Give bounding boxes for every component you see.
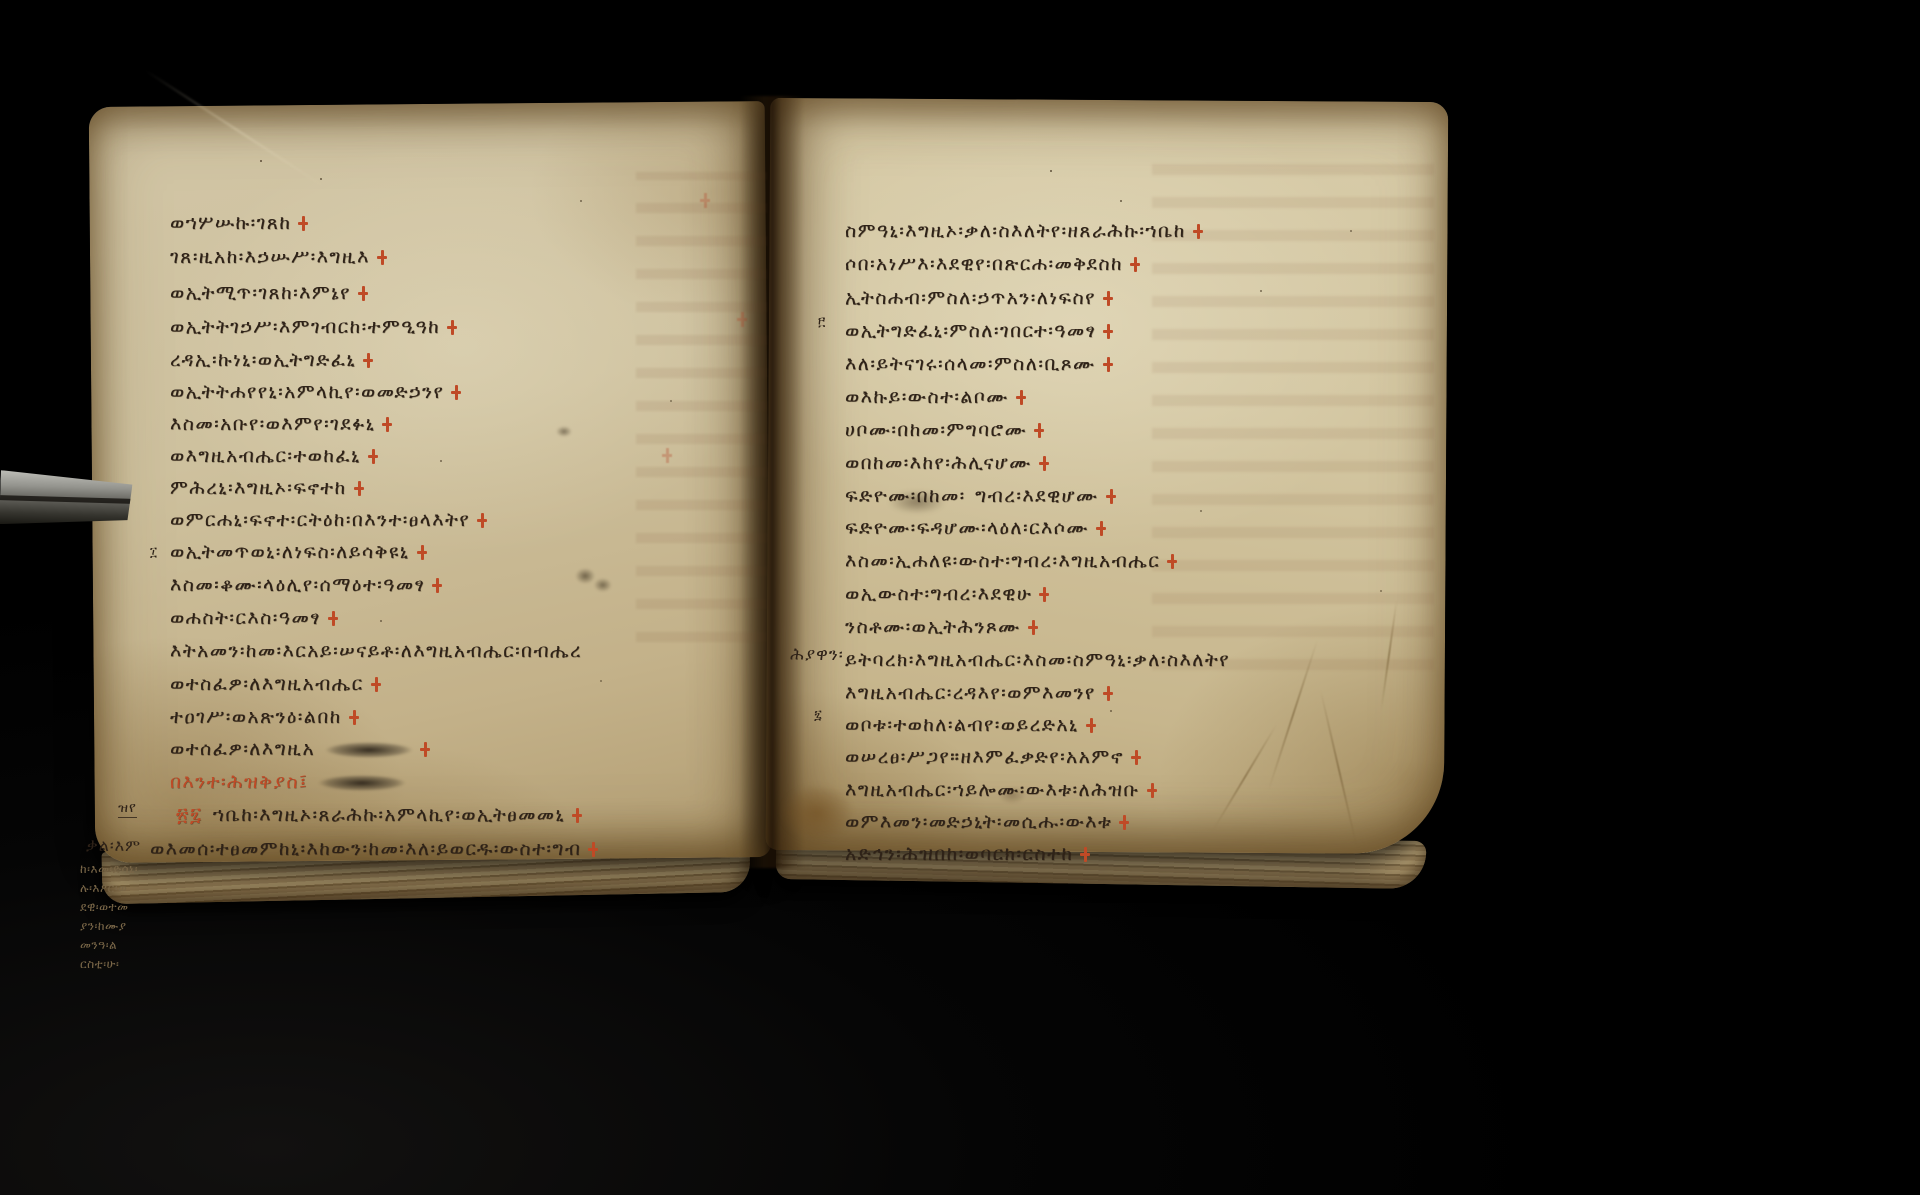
manuscript-text-line: ወተስፈዎ፡ለእግዚአብሔር xyxy=(170,673,381,697)
open-book: ወኀሦሡኩ፡ገጸከገጸ፡ዚአከ፡እኃሡሥ፡እግዚእወኢትሚጥ፡ገጸከ፡እምኔየወ… xyxy=(0,0,1920,1195)
marginal-note: ፯ xyxy=(814,708,823,723)
geez-text: ወኢትትሐየየኒ፡አምላኪየ፡ወመድኃንየ xyxy=(170,381,444,403)
geez-text: ወሐስት፡ርእስ፡ዓመፃ xyxy=(170,607,321,629)
geez-text: እስመ፡ቆሙ፡ላዕሊየ፡ሰማዕተ፡ዓመፃ xyxy=(170,574,425,596)
red-cross-punctuation-icon xyxy=(363,353,373,368)
manuscript-text-line: እስመ፡ቆሙ፡ላዕሊየ፡ሰማዕተ፡ዓመፃ xyxy=(170,574,442,598)
red-cross-punctuation-icon xyxy=(328,611,338,626)
manuscript-text-line: እግዚአብሔር፡ረዳእየ፡ወምእመንየ xyxy=(845,682,1113,706)
manuscript-text-line: ፍድዮሙ፡ፍዳሆሙ፡ላዕለ፡ርእሶሙ xyxy=(845,517,1106,541)
manuscript-text-line: ወሠረፀ፡ሥጋየ።ዘእምፈቃድየ፡አአምኖ xyxy=(845,746,1141,770)
manuscript-text-line: ወምርሐኒ፡ፍኖተ፡ርትዕከ፡በእንተ፡ፀላእትየ xyxy=(170,509,487,533)
red-cross-punctuation-icon xyxy=(1080,847,1090,862)
geez-text: ምሕረኒ፡እግዚኦ፡ፍኖተከ xyxy=(170,477,347,499)
manuscript-text-line: ስምዓኒ፡እግዚኦ፡ቃለ፡ስእለትየ፡ዘጸራሕኩ፡ኀቤከ xyxy=(845,220,1203,244)
geez-text: ይትባረክ፡እግዚአብሔር፡እስመ፡ስምዓኒ፡ቃለ፡ስእለትየ xyxy=(845,649,1230,671)
marginal-note: ፲ xyxy=(150,545,158,560)
geez-text: ወተሰፈዎ፡ለእግዚአ xyxy=(170,738,315,760)
geez-text: ወኢትትገኃሥ፡እምገብርከ፡ተምዒዓከ xyxy=(170,316,440,338)
geez-text: ወሠረፀ፡ሥጋየ።ዘእምፈቃድየ፡አአምኖ xyxy=(845,746,1124,768)
manuscript-text-line: ሀቦሙ፡በከመ፡ምግባሮሙ xyxy=(845,419,1044,443)
manuscript-text-line: ፍድዮሙ፡በከመ፡ ግብረ፡እደዊሆሙ xyxy=(845,485,1116,509)
red-cross-punctuation-icon xyxy=(1039,587,1049,602)
right-page-parchment xyxy=(766,98,1449,854)
manuscript-text-line: ወኢትትሐየየኒ፡አምላኪየ፡ወመድኃንየ xyxy=(170,381,461,405)
manuscript-text-line: ገጸ፡ዚአከ፡እኃሡሥ፡እግዚእ xyxy=(170,246,387,270)
red-cross-punctuation-icon xyxy=(1106,489,1116,504)
geez-text: ወኢትሚጥ፡ገጸከ፡እምኔየ xyxy=(170,282,351,304)
red-cross-punctuation-icon xyxy=(1016,390,1026,405)
manuscript-text-line: ይትባረክ፡እግዚአብሔር፡እስመ፡ስምዓኒ፡ቃለ፡ስእለትየ xyxy=(845,649,1230,673)
margin-gloss-line: ከ፡እመ፡ድሳኒ፡ xyxy=(80,862,138,877)
red-cross-punctuation-icon xyxy=(1096,521,1106,536)
margin-gloss-line: ደዊ፡ወተመ xyxy=(80,900,129,915)
geez-text: በእንተ፡ሕዝቅያስ፤ xyxy=(170,771,308,793)
geez-text: ሀቦሙ፡በከመ፡ምግባሮሙ xyxy=(845,419,1027,441)
manuscript-text-line: እግዚአብሔር፡ኀይሎሙ፡ውእቱ፡ለሕዝቡ xyxy=(845,779,1157,803)
geez-text: ኢትስሐብ፡ምስለ፡ኃጥአን፡ለነፍስየ xyxy=(845,287,1096,309)
red-cross-punctuation-icon xyxy=(447,320,457,335)
geez-text: እትአመን፡ከመ፡እርአይ፡ሠናይቶ፡ለእግዚአብሔር፡በብሔረ xyxy=(170,640,582,662)
geez-text: እግዚአብሔር፡ረዳእየ፡ወምእመንየ xyxy=(845,682,1096,704)
red-cross-punctuation-icon xyxy=(1167,554,1177,569)
ink-smudge xyxy=(325,742,413,758)
manuscript-text-line: ወእመሰ፡ተፀመምከኒ፡እከውን፡ከመ፡እለ፡ይወርዱ፡ውስተ፡ግብ xyxy=(150,838,598,862)
manuscript-text-line: ወኢትመጥወኒ፡ለነፍስ፡ለይሳቅዩኒ xyxy=(170,541,427,565)
red-cross-punctuation-icon xyxy=(1103,324,1113,339)
red-cross-punctuation-icon xyxy=(1028,620,1038,635)
geez-text: ስምዓኒ፡እግዚኦ፡ቃለ፡ስእለትየ፡ዘጸራሕኩ፡ኀቤከ xyxy=(845,220,1186,242)
red-cross-punctuation-icon xyxy=(432,578,442,593)
manuscript-text-line: ፳፯ኀቤከ፡እግዚኦ፡ጸራሕኩ፡አምላኪየ፡ወኢትፀመመኒ xyxy=(176,804,582,828)
psalm-number-red: ፳፯ xyxy=(176,804,203,826)
red-cross-punctuation-icon xyxy=(354,481,364,496)
red-cross-punctuation-icon xyxy=(477,513,487,528)
red-cross-punctuation-icon xyxy=(1147,783,1157,798)
geez-text: ፍድዮሙ፡ፍዳሆሙ፡ላዕለ፡ርእሶሙ xyxy=(845,517,1089,539)
manuscript-text-line: ሶበ፡አነሥእ፡እደዊየ፡በጽርሐ፡መቅደስከ xyxy=(845,253,1140,277)
manuscript-text-line: ወቦቱ፡ተወከለ፡ልብየ፡ወይረድአኒ xyxy=(845,714,1096,738)
ink-smudge xyxy=(318,775,406,791)
manuscript-text-line: ተዐገሥ፡ወአጽንዕ፡ልበከ xyxy=(170,706,359,730)
manuscript-text-line: ወኢትትገኃሥ፡እምገብርከ፡ተምዒዓከ xyxy=(170,316,457,340)
manuscript-text-line: ወሐስት፡ርእስ፡ዓመፃ xyxy=(170,607,338,631)
red-cross-punctuation-icon xyxy=(298,216,308,231)
geez-text: ወኢትመጥወኒ፡ለነፍስ፡ለይሳቅዩኒ xyxy=(170,541,410,563)
geez-text: ወእመሰ፡ተፀመምከኒ፡እከውን፡ከመ፡እለ፡ይወርዱ፡ውስተ፡ግብ xyxy=(150,838,581,860)
geez-text: እስመ፡ኢሐለዩ፡ውስተ፡ግብረ፡እግዚአብሔር xyxy=(845,550,1160,572)
red-cross-punctuation-icon xyxy=(1193,224,1203,239)
geez-text: ወቦቱ፡ተወከለ፡ልብየ፡ወይረድአኒ xyxy=(845,714,1079,736)
geez-text: ወኢትግድፈኒ፡ምስለ፡ገበርተ፡ዓመፃ xyxy=(845,320,1096,342)
red-cross-punctuation-icon xyxy=(420,742,430,757)
manuscript-text-line: ንስቶሙ፡ወኢትሕንጾሙ xyxy=(845,616,1038,640)
red-cross-punctuation-icon xyxy=(1103,291,1113,306)
geez-text: ወበከመ፡እከየ፡ሕሊናሆሙ xyxy=(845,452,1032,474)
red-cross-punctuation-icon xyxy=(588,842,598,857)
red-cross-punctuation-icon xyxy=(1103,686,1113,701)
red-cross-punctuation-icon xyxy=(377,250,387,265)
manuscript-text-line: በእንተ፡ሕዝቅያስ፤ xyxy=(170,771,406,795)
geez-text: ወኀሦሡኩ፡ገጸከ xyxy=(170,212,291,234)
geez-text: እስመ፡አቡየ፡ወእምየ፡ገደፉኒ xyxy=(170,413,375,435)
manuscript-text-line: እስመ፡አቡየ፡ወእምየ፡ገደፉኒ xyxy=(170,413,392,437)
manuscript-text-line: እለ፡ይትናገሩ፡ሰላመ፡ምስለ፡ቢጾሙ xyxy=(845,353,1113,377)
margin-gloss-line: ሉ፡እዖር፡ወ xyxy=(80,881,127,896)
manuscript-text-line: ረዳኢ፡ኩነኒ፡ወኢትግድፈኒ xyxy=(170,349,373,373)
geez-text: ወምርሐኒ፡ፍኖተ፡ርትዕከ፡በእንተ፡ፀላእትየ xyxy=(170,509,470,531)
red-cross-punctuation-icon xyxy=(349,710,359,725)
red-cross-punctuation-icon xyxy=(1086,718,1096,733)
geez-text: ወኢውስተ፡ግብረ፡እደዊሁ xyxy=(845,583,1032,605)
manuscript-text-line: ምሕረኒ፡እግዚኦ፡ፍኖተከ xyxy=(170,477,364,501)
red-cross-punctuation-icon xyxy=(572,808,582,823)
geez-text: ፍድዮሙ፡በከመ፡ ግብረ፡እደዊሆሙ xyxy=(845,485,1099,507)
manuscript-text-line: እስመ፡ኢሐለዩ፡ውስተ፡ግብረ፡እግዚአብሔር xyxy=(845,550,1177,574)
marginal-note: ዝየ xyxy=(118,800,137,818)
geez-text: ረዳኢ፡ኩነኒ፡ወኢትግድፈኒ xyxy=(170,349,356,371)
geez-text: እግዚአብሔር፡ኀይሎሙ፡ውእቱ፡ለሕዝቡ xyxy=(845,779,1140,801)
manuscript-text-line: ኢትስሐብ፡ምስለ፡ኃጥአን፡ለነፍስየ xyxy=(845,287,1113,311)
red-cross-punctuation-icon xyxy=(382,417,392,432)
margin-gloss-line: መንዓ፡ል xyxy=(80,938,117,953)
geez-text: እለ፡ይትናገሩ፡ሰላመ፡ምስለ፡ቢጾሙ xyxy=(845,353,1096,375)
red-cross-punctuation-icon xyxy=(1130,257,1140,272)
geez-text: ወተስፈዎ፡ለእግዚአብሔር xyxy=(170,673,364,695)
manuscript-text-line: ወኀሦሡኩ፡ገጸከ xyxy=(170,212,308,236)
geez-text: ንስቶሙ፡ወኢትሕንጾሙ xyxy=(845,616,1021,638)
red-cross-punctuation-icon xyxy=(371,677,381,692)
red-cross-punctuation-icon xyxy=(1039,456,1049,471)
red-cross-punctuation-icon xyxy=(358,286,368,301)
red-cross-punctuation-icon xyxy=(368,449,378,464)
manuscript-text-line: ወእግዚአብሔር፡ተወከፈኒ xyxy=(170,445,378,469)
red-cross-punctuation-icon xyxy=(1034,423,1044,438)
geez-text: ወእኩይ፡ውስተ፡ልቦሙ xyxy=(845,386,1009,408)
red-cross-punctuation-icon xyxy=(1103,357,1113,372)
manuscript-text-line: እትአመን፡ከመ፡እርአይ፡ሠናይቶ፡ለእግዚአብሔር፡በብሔረ xyxy=(170,640,582,664)
geez-text: ተዐገሥ፡ወአጽንዕ፡ልበከ xyxy=(170,706,342,728)
margin-gloss-line: ያን፡ከሙያ xyxy=(80,919,127,934)
marginal-note: ሕያዋን፡ xyxy=(790,645,844,665)
photo-background: { "colors": { "background": "#000000", "… xyxy=(0,0,1920,1195)
margin-gloss-line: ርስቲ፡ሁ፡ xyxy=(80,957,119,972)
marginal-note: ፫ xyxy=(818,315,826,330)
geez-text: ወእግዚአብሔር፡ተወከፈኒ xyxy=(170,445,361,467)
geez-text: ገጸ፡ዚአከ፡እኃሡሥ፡እግዚእ xyxy=(170,246,370,268)
manuscript-text-line: ወበከመ፡እከየ፡ሕሊናሆሙ xyxy=(845,452,1049,476)
geez-text: ሶበ፡አነሥእ፡እደዊየ፡በጽርሐ፡መቅደስከ xyxy=(845,253,1123,275)
red-cross-punctuation-icon xyxy=(1119,815,1129,830)
marginal-note: ቃል፡እም xyxy=(86,836,141,856)
manuscript-text-line: ወኢውስተ፡ግብረ፡እደዊሁ xyxy=(845,583,1049,607)
geez-text: አድኅን፡ሕዝበከ፡ወባርክ፡ርስተከ xyxy=(845,843,1073,865)
manuscript-text-line: ወኢትግድፈኒ፡ምስለ፡ገበርተ፡ዓመፃ xyxy=(845,320,1113,344)
red-cross-punctuation-icon xyxy=(417,545,427,560)
manuscript-text-line: አድኅን፡ሕዝበከ፡ወባርክ፡ርስተከ xyxy=(845,843,1090,867)
geez-text: ወምእመን፡መድኃኒት፡መሲሑ፡ውእቱ xyxy=(845,811,1112,833)
manuscript-text-line: ወምእመን፡መድኃኒት፡መሲሑ፡ውእቱ xyxy=(845,811,1129,835)
red-cross-punctuation-icon xyxy=(451,385,461,400)
red-cross-punctuation-icon xyxy=(1131,750,1141,765)
manuscript-text-line: ወተሰፈዎ፡ለእግዚአ xyxy=(170,738,430,762)
geez-text: ኀቤከ፡እግዚኦ፡ጸራሕኩ፡አምላኪየ፡ወኢትፀመመኒ xyxy=(213,804,565,826)
manuscript-text-line: ወእኩይ፡ውስተ፡ልቦሙ xyxy=(845,386,1026,410)
manuscript-text-line: ወኢትሚጥ፡ገጸከ፡እምኔየ xyxy=(170,282,368,306)
